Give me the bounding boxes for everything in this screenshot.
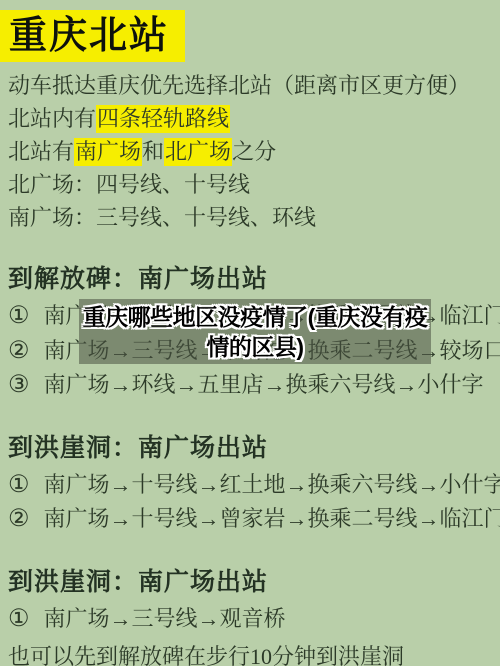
intro-line: 北广场：四号线、十号线 bbox=[8, 168, 500, 201]
station-guide-card: 重庆北站 动车抵达重庆优先选择北站（距离市区更方便）北站内有四条轻轨路线北站有南… bbox=[0, 0, 500, 666]
route-section: 到洪崖洞：南广场出站①南广场→十号线→红土地→换乘六号线→小什字②南广场→十号线… bbox=[8, 433, 500, 537]
footer-note: 也可以先到解放碑在步行10分钟到洪崖洞 bbox=[0, 640, 500, 666]
route-number: ③ bbox=[8, 372, 30, 398]
section-heading: 到洪崖洞：南广场出站 bbox=[8, 433, 500, 465]
intro-text: 之分 bbox=[232, 139, 276, 164]
highlighted-text: 北广场 bbox=[164, 138, 232, 166]
route-number: ② bbox=[8, 338, 30, 364]
caption-text: 重庆哪些地区没疫情了(重庆没有疫情的区县) bbox=[79, 302, 431, 362]
route-line: ①南广场→十号线→红土地→换乘六号线→小什字 bbox=[8, 468, 500, 503]
section-heading: 到解放碑：南广场出站 bbox=[8, 264, 500, 296]
section-heading: 到洪崖洞：南广场出站 bbox=[8, 567, 500, 599]
route-line: ③南广场→环线→五里店→换乘六号线→小什字 bbox=[8, 368, 500, 403]
intro-text: 北站内有 bbox=[8, 106, 96, 131]
highlighted-text: 南广场 bbox=[74, 138, 142, 166]
route-number: ① bbox=[8, 472, 30, 498]
route-text: 南广场→三号线→观音桥 bbox=[44, 606, 286, 631]
intro-text: 和 bbox=[142, 139, 164, 164]
route-number: ① bbox=[8, 303, 30, 329]
route-line: ①南广场→三号线→观音桥 bbox=[8, 602, 500, 637]
route-number: ① bbox=[8, 606, 30, 632]
route-text: 南广场→十号线→曾家岩→换乘二号线→临江门 bbox=[44, 506, 500, 531]
route-section: 到洪崖洞：南广场出站①南广场→三号线→观音桥 bbox=[8, 567, 500, 637]
route-text: 南广场→环线→五里店→换乘六号线→小什字 bbox=[44, 372, 484, 397]
highlighted-text: 四条轻轨路线 bbox=[96, 105, 230, 133]
route-line: ②南广场→十号线→曾家岩→换乘二号线→临江门 bbox=[8, 502, 500, 537]
intro-line: 动车抵达重庆优先选择北站（距离市区更方便） bbox=[8, 69, 500, 102]
route-number: ② bbox=[8, 506, 30, 532]
intro-line: 北站有南广场和北广场之分 bbox=[8, 135, 500, 168]
intro-text: 动车抵达重庆优先选择北站（距离市区更方便） bbox=[8, 73, 470, 98]
intro-text: 北站有 bbox=[8, 139, 74, 164]
intro-text: 南广场：三号线、十号线、环线 bbox=[8, 205, 316, 230]
route-text: 南广场→十号线→红土地→换乘六号线→小什字 bbox=[44, 472, 500, 497]
intro-lines: 动车抵达重庆优先选择北站（距离市区更方便）北站内有四条轻轨路线北站有南广场和北广… bbox=[0, 69, 500, 234]
page-title: 重庆北站 bbox=[0, 10, 185, 62]
intro-line: 北站内有四条轻轨路线 bbox=[8, 102, 500, 135]
caption-overlay: 重庆哪些地区没疫情了(重庆没有疫情的区县) bbox=[79, 299, 431, 364]
intro-text: 北广场：四号线、十号线 bbox=[8, 172, 250, 197]
intro-line: 南广场：三号线、十号线、环线 bbox=[8, 201, 500, 234]
